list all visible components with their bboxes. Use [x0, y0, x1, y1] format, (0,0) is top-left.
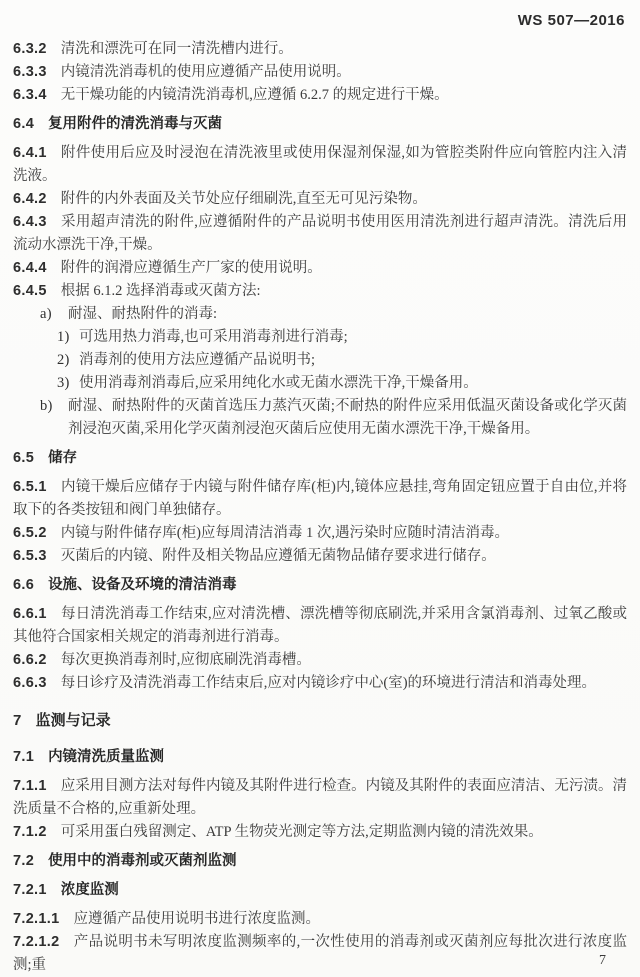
clause-6.5.3: 6.5.3灭菌后的内镜、附件及相关物品应遵循无菌物品储存要求进行储存。 — [13, 545, 627, 568]
clause-number: 7.2 — [13, 853, 34, 869]
clause-number: 6.6.2 — [13, 652, 47, 668]
clause-text: 浓度监测 — [61, 882, 119, 898]
clause-number: 7.2.1 — [13, 882, 47, 898]
clause-6.4.3: 6.4.3采用超声清洗的附件,应遵循附件的产品说明书使用医用清洗剂进行超声清洗。… — [13, 211, 627, 257]
clause-text: 清洗和漂洗可在同一清洗槽内进行。 — [61, 41, 293, 57]
clause-text: 根据 6.1.2 选择消毒或灭菌方法: — [61, 283, 261, 299]
clause-number: 6.5 — [13, 450, 34, 466]
section-heading-6.4: 6.4复用附件的清洗消毒与灭菌 — [13, 113, 627, 136]
clause-text: 消毒剂的使用方法应遵循产品说明书; — [79, 352, 315, 368]
section-heading-6.5: 6.5储存 — [13, 447, 627, 470]
clause-number: 3) — [57, 372, 70, 395]
clause-number: 6.3.4 — [13, 87, 47, 103]
clause-text: 附件的内外表面及关节处应仔细刷洗,直至无可见污染物。 — [61, 191, 427, 207]
page-number: 7 — [599, 953, 606, 969]
clause-number: 6.3.2 — [13, 41, 47, 57]
clause-number: 7.2.1.1 — [13, 911, 59, 927]
clause-number: 6.6 — [13, 577, 34, 593]
clause-6.5.2: 6.5.2内镜与附件储存库(柜)应每周清洁消毒 1 次,遇污染时应随时清洁消毒。 — [13, 522, 627, 545]
clause-number: 6.4.4 — [13, 260, 47, 276]
list-item-level2-3: 3)使用消毒剂消毒后,应采用纯化水或无菌水漂洗干净,干燥备用。 — [13, 372, 627, 395]
clause-number: 6.5.1 — [13, 479, 47, 495]
document-body: 6.3.2清洗和漂洗可在同一清洗槽内进行。6.3.3内镜清洗消毒机的使用应遵循产… — [0, 38, 640, 977]
clause-6.5.1: 6.5.1内镜干燥后应储存于内镜与附件储存库(柜)内,镜体应悬挂,弯角固定钮应置… — [13, 476, 627, 522]
list-item-level1-a: a)耐湿、耐热附件的消毒: — [13, 303, 627, 326]
clause-text: 应采用目测方法对每件内镜及其附件进行检查。内镜及其附件的表面应清洁、无污渍。清洗… — [13, 778, 627, 817]
list-item-level2-1: 1)可选用热力消毒,也可采用消毒剂进行消毒; — [13, 326, 627, 349]
clause-6.6.3: 6.6.3每日诊疗及清洗消毒工作结束后,应对内镜诊疗中心(室)的环境进行清洁和消… — [13, 672, 627, 695]
clause-number: b) — [40, 395, 53, 418]
clause-7.1.1: 7.1.1应采用目测方法对每件内镜及其附件进行检查。内镜及其附件的表面应清洁、无… — [13, 775, 627, 821]
clause-text: 复用附件的清洗消毒与灭菌 — [48, 116, 222, 132]
chapter-heading-7: 7监测与记录 — [13, 709, 627, 732]
list-item-level1-b: b)耐湿、耐热附件的灭菌首选压力蒸汽灭菌;不耐热的附件应采用低温灭菌设备或化学灭… — [13, 395, 627, 441]
clause-number: 6.4.2 — [13, 191, 47, 207]
clause-text: 无干燥功能的内镜清洗消毒机,应遵循 6.2.7 的规定进行干燥。 — [61, 87, 449, 103]
clause-number: 6.4.3 — [13, 214, 47, 230]
list-item-level2-2: 2)消毒剂的使用方法应遵循产品说明书; — [13, 349, 627, 372]
clause-number: 7.2.1.2 — [13, 934, 59, 950]
clause-text: 内镜清洗消毒机的使用应遵循产品使用说明。 — [61, 64, 351, 80]
clause-text: 采用超声清洗的附件,应遵循附件的产品说明书使用医用清洗剂进行超声清洗。清洗后用流… — [13, 214, 627, 253]
clause-text: 每日诊疗及清洗消毒工作结束后,应对内镜诊疗中心(室)的环境进行清洁和消毒处理。 — [61, 675, 596, 691]
clause-number: 6.4.1 — [13, 145, 47, 161]
clause-6.3.2: 6.3.2清洗和漂洗可在同一清洗槽内进行。 — [13, 38, 627, 61]
section-heading-7.1: 7.1内镜清洗质量监测 — [13, 746, 627, 769]
clause-7.2.1.1: 7.2.1.1应遵循产品使用说明书进行浓度监测。 — [13, 908, 627, 931]
clause-6.4.4: 6.4.4附件的润滑应遵循生产厂家的使用说明。 — [13, 257, 627, 280]
clause-text: 应遵循产品使用说明书进行浓度监测。 — [73, 911, 320, 927]
clause-text: 内镜与附件储存库(柜)应每周清洁消毒 1 次,遇污染时应随时清洁消毒。 — [61, 525, 509, 541]
clause-text: 可采用蛋白残留测定、ATP 生物荧光测定等方法,定期监测内镜的清洗效果。 — [61, 824, 543, 840]
clause-number: 7.1 — [13, 749, 34, 765]
section-heading-6.6: 6.6设施、设备及环境的清洁消毒 — [13, 574, 627, 597]
clause-6.4.1: 6.4.1附件使用后应及时浸泡在清洗液里或使用保湿剂保湿,如为管腔类附件应向管腔… — [13, 142, 627, 188]
clause-text: 储存 — [48, 450, 77, 466]
clause-number: 7 — [13, 712, 22, 729]
clause-6.6.1: 6.6.1每日清洗消毒工作结束,应对清洗槽、漂洗槽等彻底刷洗,并采用含氯消毒剂、… — [13, 603, 627, 649]
clause-6.4.2: 6.4.2附件的内外表面及关节处应仔细刷洗,直至无可见污染物。 — [13, 188, 627, 211]
document-page: WS 507—2016 6.3.2清洗和漂洗可在同一清洗槽内进行。6.3.3内镜… — [0, 0, 640, 977]
clause-number: 6.3.3 — [13, 64, 47, 80]
clause-6.3.4: 6.3.4无干燥功能的内镜清洗消毒机,应遵循 6.2.7 的规定进行干燥。 — [13, 84, 627, 107]
clause-text: 内镜干燥后应储存于内镜与附件储存库(柜)内,镜体应悬挂,弯角固定钮应置于自由位,… — [13, 479, 627, 518]
clause-text: 附件使用后应及时浸泡在清洗液里或使用保湿剂保湿,如为管腔类附件应向管腔内注入清洗… — [13, 145, 627, 184]
clause-number: 2) — [57, 349, 70, 372]
clause-text: 耐湿、耐热附件的灭菌首选压力蒸汽灭菌;不耐热的附件应采用低温灭菌设备或化学灭菌剂… — [68, 398, 627, 437]
clause-text: 每次更换消毒剂时,应彻底刷洗消毒槽。 — [61, 652, 311, 668]
clause-text: 内镜清洗质量监测 — [48, 749, 164, 765]
clause-6.3.3: 6.3.3内镜清洗消毒机的使用应遵循产品使用说明。 — [13, 61, 627, 84]
clause-text: 耐湿、耐热附件的消毒: — [68, 306, 217, 322]
section-heading-7.2.1: 7.2.1浓度监测 — [13, 879, 627, 902]
clause-number: 7.1.2 — [13, 824, 47, 840]
clause-text: 使用消毒剂消毒后,应采用纯化水或无菌水漂洗干净,干燥备用。 — [79, 375, 478, 391]
clause-number: 6.5.2 — [13, 525, 47, 541]
clause-text: 产品说明书未写明浓度监测频率的,一次性使用的消毒剂或灭菌剂应每批次进行浓度监测;… — [13, 934, 627, 973]
clause-7.1.2: 7.1.2可采用蛋白残留测定、ATP 生物荧光测定等方法,定期监测内镜的清洗效果… — [13, 821, 627, 844]
clause-text: 设施、设备及环境的清洁消毒 — [48, 577, 237, 593]
standard-number-header: WS 507—2016 — [0, 0, 640, 31]
clause-7.2.1.2: 7.2.1.2产品说明书未写明浓度监测频率的,一次性使用的消毒剂或灭菌剂应每批次… — [13, 931, 627, 977]
clause-number: 6.5.3 — [13, 548, 47, 564]
clause-text: 监测与记录 — [36, 712, 111, 729]
clause-number: 6.4.5 — [13, 283, 47, 299]
clause-number: 1) — [57, 326, 70, 349]
clause-number: 7.1.1 — [13, 778, 47, 794]
clause-number: a) — [40, 303, 52, 326]
clause-number: 6.6.1 — [13, 606, 47, 622]
clause-text: 附件的润滑应遵循生产厂家的使用说明。 — [61, 260, 322, 276]
clause-number: 6.4 — [13, 116, 34, 132]
clause-6.6.2: 6.6.2每次更换消毒剂时,应彻底刷洗消毒槽。 — [13, 649, 627, 672]
section-heading-7.2: 7.2使用中的消毒剂或灭菌剂监测 — [13, 850, 627, 873]
clause-text: 使用中的消毒剂或灭菌剂监测 — [48, 853, 237, 869]
clause-text: 灭菌后的内镜、附件及相关物品应遵循无菌物品储存要求进行储存。 — [61, 548, 496, 564]
clause-text: 可选用热力消毒,也可采用消毒剂进行消毒; — [79, 329, 348, 345]
clause-text: 每日清洗消毒工作结束,应对清洗槽、漂洗槽等彻底刷洗,并采用含氯消毒剂、过氧乙酸或… — [13, 606, 627, 645]
clause-6.4.5: 6.4.5根据 6.1.2 选择消毒或灭菌方法: — [13, 280, 627, 303]
clause-number: 6.6.3 — [13, 675, 47, 691]
